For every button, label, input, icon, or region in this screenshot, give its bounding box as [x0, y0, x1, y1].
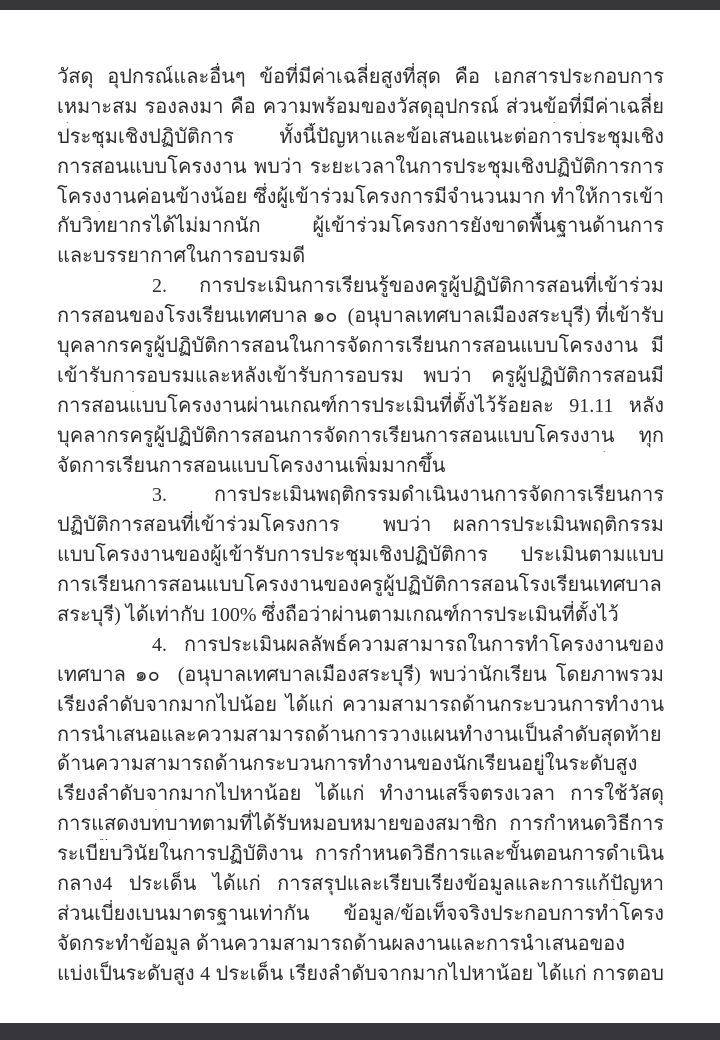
text-line: 3. การประเมินพฤติกรรมดำเนินงานการจัดการเ… — [57, 481, 664, 511]
viewer-bottom-edge — [0, 1023, 720, 1040]
text-line: การแสดงบทบาทตามที่ได้รับหมอบหมายของสมาชิ… — [57, 810, 664, 840]
text-line: การสอนของโรงเรียนเทศบาล ๑๐ (อนุบาลเทศบาล… — [57, 302, 664, 332]
text-line: เรียงลำดับจากมากไปหาน้อย ได้แก่ ทำงานเสร… — [57, 780, 664, 810]
text-line: ด้านความสามารถด้านกระบวนการทำงานของนักเร… — [57, 750, 664, 780]
text-line: เทศบาล ๑๐ (อนุบาลเทศบาลเมืองสระบุรี) พบว… — [57, 661, 664, 691]
text-line: สระบุรี) ได้เท่ากับ 100% ซึ่งถือว่าผ่านต… — [57, 601, 664, 631]
text-line: 4. การประเมินผลลัพธ์ความสามารถในการทำโคร… — [57, 631, 664, 661]
text-line: การเรียนการสอนแบบโครงงานของครูผู้ปฏิบัติ… — [57, 571, 664, 601]
text-line: ส่วนเบี่ยงเบนมาตรฐานเท่ากัน ข้อมูล/ข้อเท… — [57, 900, 664, 930]
text-line: ระเบียบวินัยในการปฏิบัติงาน การกำหนดวิธี… — [57, 840, 664, 870]
text-line: เหมาะสม รองลงมา คือ ความพร้อมของวัสดุอุป… — [57, 93, 664, 123]
text-line: บุคลากรครูผู้ปฏิบัติการสอนการจัดการเรียน… — [57, 422, 664, 452]
text-line: ประชุมเชิงปฏิบัติการ ทั้งนี้ปัญหาและข้อเ… — [57, 123, 664, 153]
text-line: การนำเสนอและความสามารถด้านการวางแผนทำงาน… — [57, 721, 664, 751]
text-line: จัดกระทำข้อมูล ด้านความสามารถด้านผลงานแล… — [57, 930, 664, 960]
text-line: เรียงลำดับจากมากไปน้อย ได้แก่ ความสามารถ… — [57, 691, 664, 721]
text-line: กลาง4 ประเด็น ได้แก่ การสรุปและเรียบเรีย… — [57, 870, 664, 900]
text-line: จัดการเรียนการสอนแบบโครงงานเพิ่มมากขึ้น — [57, 452, 664, 482]
text-line: กับวิทยากรได้ไม่มากนัก ผู้เข้าร่วมโครงกา… — [57, 212, 664, 242]
text-line: 2. การประเมินการเรียนรู้ของครูผู้ปฏิบัติ… — [57, 272, 664, 302]
text-line: แบบโครงงานของผู้เข้ารับการประชุมเชิงปฏิบ… — [57, 541, 664, 571]
text-line: แบ่งเป็นระดับสูง 4 ประเด็น เรียงลำดับจาก… — [57, 960, 664, 990]
text-line: การสอนแบบโครงงานผ่านเกณฑ์การประเมินที่ตั… — [57, 392, 664, 422]
viewer-top-edge — [0, 0, 720, 10]
document-text: วัสดุ อุปกรณ์และอื่นๆ ข้อที่มีค่าเฉลี่ยส… — [57, 63, 664, 990]
text-line: เข้ารับการอบรมและหลังเข้ารับการอบรม พบว่… — [57, 362, 664, 392]
text-line: การสอนแบบโครงงาน พบว่า ระยะเวลาในการประช… — [57, 153, 664, 183]
text-line: และบรรยากาศในการอบรมดี — [57, 242, 664, 272]
text-line: ปฏิบัติการสอนที่เข้าร่วมโครงการ พบว่า ผล… — [57, 511, 664, 541]
text-line: วัสดุ อุปกรณ์และอื่นๆ ข้อที่มีค่าเฉลี่ยส… — [57, 63, 664, 93]
text-line: บุคลากรครูผู้ปฏิบัติการสอนในการจัดการเรี… — [57, 332, 664, 362]
text-line: โครงงานค่อนข้างน้อย ซึ่งผู้เข้าร่วมโครงก… — [57, 183, 664, 213]
